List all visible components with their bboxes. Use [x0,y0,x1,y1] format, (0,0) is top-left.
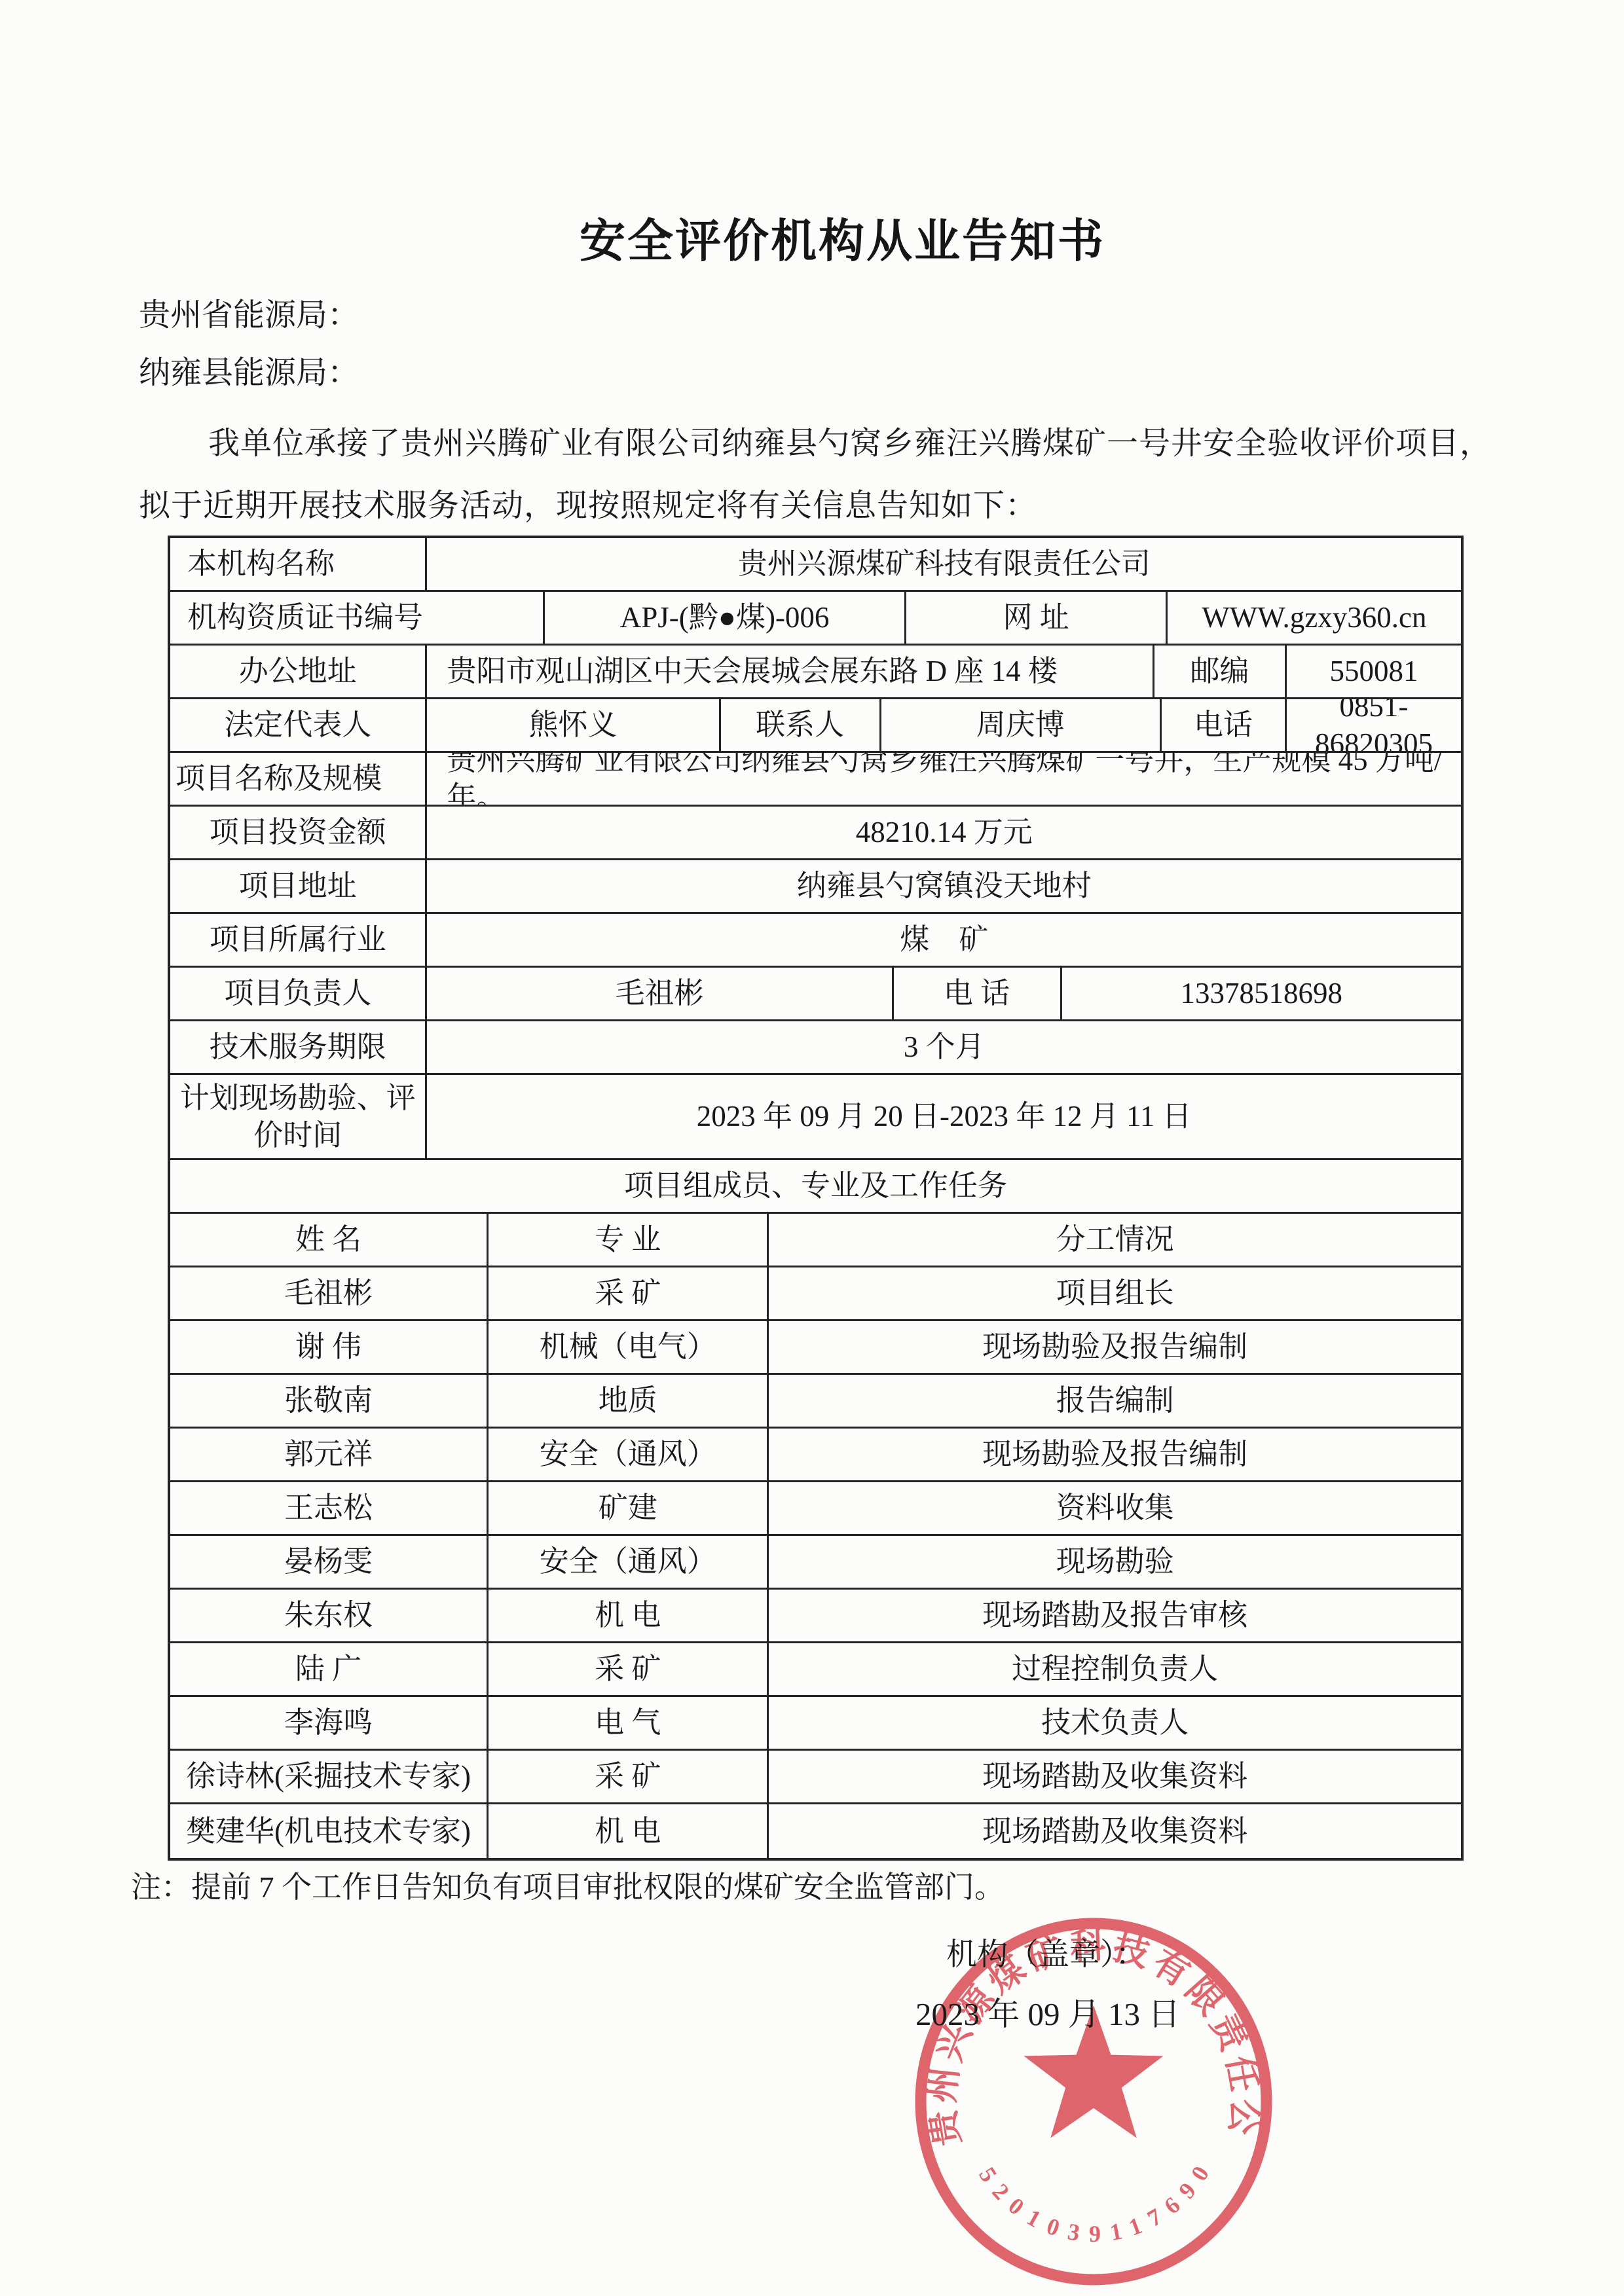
cell-label: 办公地址 [170,646,427,697]
cell-value: 周庆博 [881,699,1162,751]
cell-value: 贵州兴腾矿业有限公司纳雍县勺窝乡雍汪兴腾煤矿一号井，生产规模 45 万吨/年。 [427,753,1461,805]
cell-label: 技术服务期限 [170,1021,427,1073]
row-address: 项目地址 纳雍县勺窝镇没天地村 [170,860,1461,914]
member-row: 朱东权 机 电 现场踏勘及报告审核 [170,1590,1461,1643]
cell-label: 项目地址 [170,860,427,912]
cell-value: 13378518698 [1062,968,1461,1019]
intro-paragraph-line2: 拟于近期开展技术服务活动，现按照规定将有关信息告知如下： [139,480,1037,525]
seal-number-text: 5201039117690 [974,2161,1214,2247]
member-major: 矿建 [489,1482,769,1534]
member-row: 张敬南 地质 报告编制 [170,1375,1461,1429]
cell-value: APJ-(黔●煤)-006 [545,592,907,644]
member-name: 李海鸣 [170,1697,489,1749]
member-duty: 现场勘验 [769,1536,1461,1588]
member-major: 安全（通风） [489,1536,769,1588]
row-cert: 机构资质证书编号 APJ-(黔●煤)-006 网 址 WWW.gzxy360.c… [170,592,1461,646]
member-major: 机 电 [489,1590,769,1641]
member-row: 徐诗林(采掘技术专家) 采 矿 现场踏勘及收集资料 [170,1751,1461,1804]
member-name: 陆 广 [170,1643,489,1695]
col-header-name: 姓 名 [170,1214,489,1266]
member-duty: 现场踏勘及收集资料 [769,1751,1461,1802]
cell-label: 电话 [1162,699,1287,751]
intro-paragraph-line1: 我单位承接了贵州兴腾矿业有限公司纳雍县勺窝乡雍汪兴腾煤矿一号井安全验收评价项目， [208,418,1492,463]
member-name: 郭元祥 [170,1429,489,1480]
member-name: 徐诗林(采掘技术专家) [170,1751,489,1802]
member-duty: 现场踏勘及报告审核 [769,1590,1461,1641]
member-major: 机 电 [489,1804,769,1858]
cell-value: 2023 年 09 月 20 日-2023 年 12 月 11 日 [427,1075,1461,1158]
member-duty: 现场踏勘及收集资料 [769,1804,1461,1858]
cell-label: 项目投资金额 [170,807,427,858]
member-major: 采 矿 [489,1751,769,1802]
row-members-section: 项目组成员、专业及工作任务 [170,1160,1461,1214]
cell-label: 联系人 [721,699,881,751]
signature-date: 2023 年 09 月 13 日 [915,1989,1180,2035]
cell-label: 本机构名称 [170,538,427,590]
svg-text:5201039117690: 5201039117690 [974,2161,1214,2247]
member-row: 李海鸣 电 气 技术负责人 [170,1697,1461,1751]
member-name: 樊建华(机电技术专家) [170,1804,489,1858]
footnote: 注：提前 7 个工作日告知负有项目审批权限的煤矿安全监管部门。 [131,1863,1005,1906]
row-service: 技术服务期限 3 个月 [170,1021,1461,1075]
cell-label: 法定代表人 [170,699,427,751]
row-org-name: 本机构名称 贵州兴源煤矿科技有限责任公司 [170,538,1461,592]
info-table: 本机构名称 贵州兴源煤矿科技有限责任公司 机构资质证书编号 APJ-(黔●煤)-… [168,536,1464,1861]
member-duty: 现场勘验及报告编制 [769,1321,1461,1373]
member-major: 安全（通风） [489,1429,769,1480]
cell-value: 贵州兴源煤矿科技有限责任公司 [427,538,1461,590]
cell-label: 项目名称及规模 [170,753,427,805]
member-row: 谢 伟 机械（电气） 现场勘验及报告编制 [170,1321,1461,1375]
member-row: 陆 广 采 矿 过程控制负责人 [170,1643,1461,1697]
member-major: 电 气 [489,1697,769,1749]
cell-label: 项目所属行业 [170,914,427,966]
member-duty: 现场勘验及报告编制 [769,1429,1461,1480]
cell-label: 电 话 [894,968,1062,1019]
member-row: 樊建华(机电技术专家) 机 电 现场踏勘及收集资料 [170,1804,1461,1858]
cell-value: 3 个月 [427,1021,1461,1073]
member-name: 谢 伟 [170,1321,489,1373]
member-duty: 报告编制 [769,1375,1461,1427]
row-industry: 项目所属行业 煤 矿 [170,914,1461,968]
cell-label: 邮编 [1154,646,1287,697]
member-name: 张敬南 [170,1375,489,1427]
member-row: 毛祖彬 采 矿 项目组长 [170,1267,1461,1321]
member-duty: 项目组长 [769,1267,1461,1319]
member-duty: 过程控制负责人 [769,1643,1461,1695]
member-row: 晏杨雯 安全（通风） 现场勘验 [170,1536,1461,1590]
row-legal: 法定代表人 熊怀义 联系人 周庆博 电话 0851-86820305 [170,699,1461,753]
scanned-document-page: 安全评价机构从业告知书 贵州省能源局： 纳雍县能源局： 我单位承接了贵州兴腾矿业… [0,0,1624,2296]
member-major: 机械（电气） [489,1321,769,1373]
row-members-header: 姓 名 专 业 分工情况 [170,1214,1461,1267]
cell-value: WWW.gzxy360.cn [1168,592,1461,644]
row-office: 办公地址 贵阳市观山湖区中天会展城会展东路 D 座 14 楼 邮编 550081 [170,646,1461,699]
member-name: 晏杨雯 [170,1536,489,1588]
recipient-county: 纳雍县能源局： [139,347,359,392]
cell-value: 熊怀义 [427,699,720,751]
col-header-duty: 分工情况 [769,1214,1461,1266]
member-duty: 资料收集 [769,1482,1461,1534]
member-row: 王志松 矿建 资料收集 [170,1482,1461,1536]
member-name: 朱东权 [170,1590,489,1641]
member-name: 毛祖彬 [170,1267,489,1319]
member-major: 地质 [489,1375,769,1427]
cell-value: 纳雍县勺窝镇没天地村 [427,860,1461,912]
cell-label: 网 址 [906,592,1167,644]
member-major: 采 矿 [489,1643,769,1695]
members-section-title: 项目组成员、专业及工作任务 [170,1160,1461,1212]
cell-value: 贵阳市观山湖区中天会展城会展东路 D 座 14 楼 [427,646,1154,697]
document-title: 安全评价机构从业告知书 [580,204,1105,270]
cell-label: 项目负责人 [170,968,427,1019]
cell-label: 计划现场勘验、评价时间 [170,1075,427,1158]
cell-value: 毛祖彬 [427,968,893,1019]
col-header-major: 专 业 [489,1214,769,1266]
row-schedule: 计划现场勘验、评价时间 2023 年 09 月 20 日-2023 年 12 月… [170,1075,1461,1160]
row-leader: 项目负责人 毛祖彬 电 话 13378518698 [170,968,1461,1021]
cell-label: 机构资质证书编号 [170,592,545,644]
cell-value: 48210.14 万元 [427,807,1461,858]
cell-value: 煤 矿 [427,914,1461,966]
row-project: 项目名称及规模 贵州兴腾矿业有限公司纳雍县勺窝乡雍汪兴腾煤矿一号井，生产规模 4… [170,753,1461,807]
row-invest: 项目投资金额 48210.14 万元 [170,807,1461,860]
recipient-province: 贵州省能源局： [139,289,359,335]
member-row: 郭元祥 安全（通风） 现场勘验及报告编制 [170,1429,1461,1482]
member-name: 王志松 [170,1482,489,1534]
cell-value: 550081 [1287,646,1461,697]
cell-value: 0851-86820305 [1287,699,1461,751]
stamp-label: 机构（盖章）： [946,1930,1147,1974]
member-major: 采 矿 [489,1267,769,1319]
member-duty: 技术负责人 [769,1697,1461,1749]
